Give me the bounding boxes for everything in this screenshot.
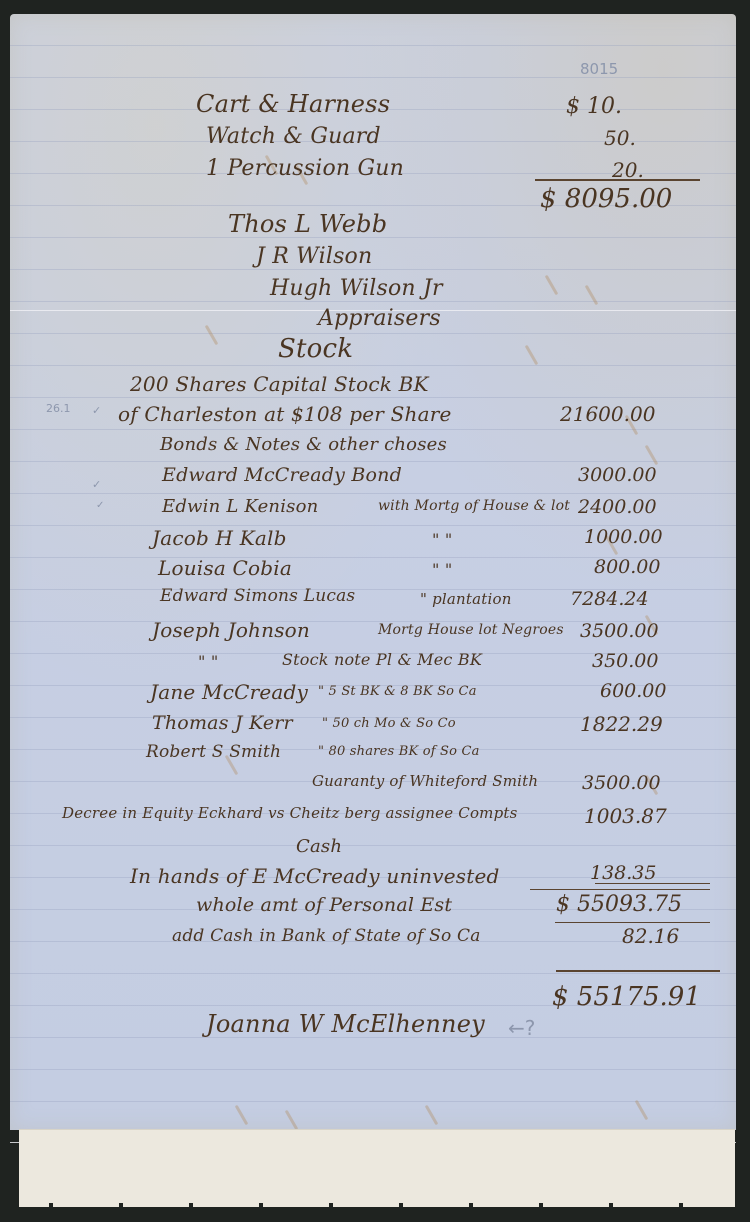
pencil-note-top: 8015 [580,60,618,78]
ledger-note: with Mortg of House & lot [378,498,570,514]
item-amount: $ 10. [566,94,622,119]
stock-line: 200 Shares Capital Stock BK [130,372,429,396]
ledger-amount: 3500.00 [580,620,659,642]
grand-total: $ 55175.91 [552,982,701,1012]
check-mark-icon: ✓ [96,500,104,511]
item-amount: 50. [604,126,636,150]
section-heading-stock: Stock [278,334,353,364]
ledger-note: Mortg House lot Negroes [378,622,564,638]
stock-line: of Charleston at $108 per Share [118,402,452,426]
check-mark-icon: ✓ [92,478,101,491]
section-heading-cash: Cash [296,836,342,857]
ledger-name: Decree in Equity Eckhard vs Cheitz berg … [62,804,518,822]
paper-stub [19,1129,735,1204]
ledger-amount: 350.00 [592,650,658,672]
ledger-amount: 2400.00 [578,496,657,518]
ledger-note: Guaranty of Whiteford Smith [312,772,538,790]
ledger-amount: 1000.00 [584,526,663,548]
arrow-left-icon: ←? [508,1016,535,1040]
ledger-name: Edward Simons Lucas [160,586,355,606]
ledger-name: Edward McCready Bond [162,464,402,486]
ledger-note: " 5 St BK & 8 BK So Ca [318,684,477,699]
ledger-name: Jane McCready [150,680,308,704]
sum-rule [556,970,720,972]
ledger-amount: 1822.29 [580,712,663,736]
sum-rule [555,922,710,923]
appraiser-name: J R Wilson [256,244,372,269]
item-label: Cart & Harness [196,90,390,118]
personal-estate-amount: $ 55093.75 [556,892,682,917]
ledger-amount: 800.00 [594,556,660,578]
sum-rule [530,889,710,890]
sum-rule [535,179,700,181]
cash-line: In hands of E McCready uninvested [130,864,499,888]
personal-estate-label: whole amt of Personal Est [196,894,452,916]
cash-amount: 138.35 [590,862,656,884]
ledger-name: Joseph Johnson [152,618,310,642]
ledger-amount: 3000.00 [578,464,657,486]
ledger-note: " " [432,560,452,579]
signature: Joanna W McElhenney [206,1010,485,1038]
stock-amount: 21600.00 [560,402,655,426]
ledger-note: " 50 ch Mo & So Co [322,716,456,731]
ledger-name: Jacob H Kalb [152,526,287,550]
ledger-name: Edwin L Kenison [162,496,318,517]
ledger-note: " 80 shares BK of So Ca [318,744,480,759]
sum-rule [595,883,710,884]
pencil-note-margin: 26.1 [46,402,71,415]
bank-cash-amount: 82.16 [622,924,679,948]
section-heading-bonds: Bonds & Notes & other choses [160,434,447,455]
appraiser-name: Thos L Webb [228,210,387,238]
check-mark-icon: ✓ [92,404,101,417]
appraisers-label: Appraisers [318,306,441,331]
ledger-name: Robert S Smith [146,742,281,762]
appraiser-name: Hugh Wilson Jr [270,276,443,301]
ledger-name: Louisa Cobia [158,556,292,580]
ledger-amount: 3500.00 [582,772,661,794]
bank-cash-label: add Cash in Bank of State of So Ca [172,926,481,946]
ledger-name: Thomas J Kerr [152,712,293,734]
ledger-name: " " [198,652,218,671]
ledger-note: " plantation [420,590,512,608]
ledger-note: Stock note Pl & Mec BK [282,650,482,669]
ledger-amount: 1003.87 [584,804,667,828]
ledger-amount: 600.00 [600,680,666,702]
ledger-amount: 7284.24 [570,588,649,610]
item-label: 1 Percussion Gun [206,156,404,181]
item-label: Watch & Guard [206,124,381,149]
subtotal: $ 8095.00 [540,184,672,214]
ledger-note: " " [432,530,452,549]
